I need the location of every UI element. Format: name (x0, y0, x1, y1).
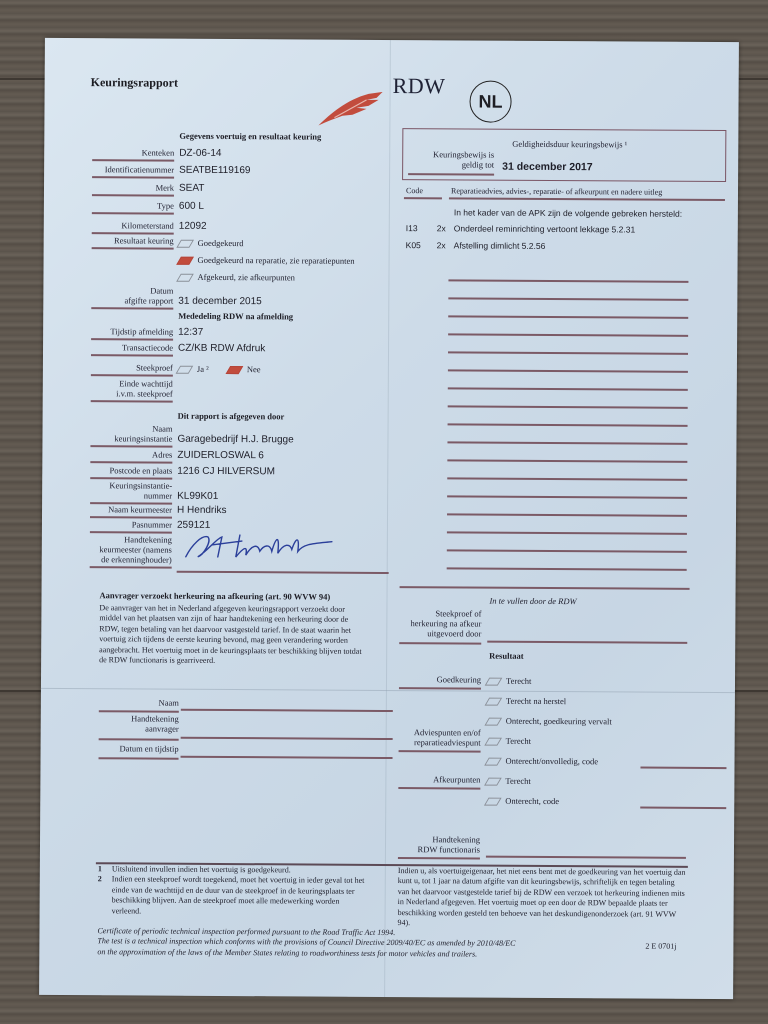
validity-title: Geldigheidsduur keuringsbewijs ¹ (512, 139, 627, 150)
checkbox-icon[interactable] (176, 274, 194, 282)
keuringsinstantie-nummer-label: Keuringsinstantie-nummer (90, 481, 172, 501)
label-line: uitgevoerd door (399, 629, 481, 639)
divider (91, 338, 173, 340)
divider (99, 710, 179, 712)
validity-date: 31 december 2017 (502, 161, 593, 174)
divider (91, 354, 173, 356)
resultaat-option[interactable]: Afgekeurd, zie afkeurpunten (178, 272, 295, 283)
repair-items-list (45, 38, 739, 42)
goedkeuring-label: Goedkeuring (399, 675, 481, 685)
repair-entry-line[interactable] (448, 369, 688, 372)
checkbox-icon[interactable] (176, 240, 194, 248)
divider (399, 687, 481, 689)
naam-input-line[interactable] (181, 709, 393, 712)
label-line: Resultaat keuring (92, 236, 174, 246)
merk-value: SEAT (179, 183, 204, 194)
label-line: afgifte rapport (91, 296, 173, 306)
label-line: Kilometerstand (92, 221, 174, 231)
transactiecode-label: Transactiecode (91, 343, 173, 353)
checkbox-checked-icon[interactable] (176, 257, 194, 265)
validity-label-line2: geldig tot (408, 160, 494, 170)
repair-entry-line[interactable] (448, 423, 688, 426)
divider (91, 400, 173, 402)
repair-entry-line[interactable] (448, 297, 688, 300)
repair-code: K05 (406, 240, 421, 250)
label-line: keuringsinstantie (90, 434, 172, 444)
adviespunten-label: Adviespunten en/ofreparatieadviespunt (399, 728, 481, 748)
option-label: Nee (247, 364, 261, 374)
repair-description-header: Reparatieadvies, advies-, reparatie- of … (451, 186, 662, 196)
footnote: 2Indien een steekproef wordt toegekend, … (98, 875, 368, 918)
transactiecode-value: CZ/KB RDW Afdruk (178, 343, 265, 355)
tijdstip-afmelding-label: Tijdstip afmelding (91, 327, 173, 337)
label-line: RDW functionaris (398, 845, 480, 855)
identificatienummer-value: SEATBE119169 (179, 165, 250, 176)
repair-entry-line[interactable] (447, 459, 687, 462)
steekproef-option[interactable]: Nee (228, 364, 261, 374)
label-line: Pasnummer (90, 520, 172, 530)
divider (399, 642, 481, 644)
label-line: aanvrager (99, 724, 179, 734)
owner-note: Indien u, als voertuigeigenaar, het niet… (397, 866, 687, 930)
option-label: Goedgekeurd (198, 238, 244, 248)
kenteken-value: DZ-06-14 (179, 148, 221, 159)
option-label: Terecht na herstel (506, 696, 566, 706)
inspector-signature (182, 527, 342, 568)
option-label: Onterecht/onvolledig, code (505, 756, 598, 767)
option-label: Onterecht, goedkeuring vervalt (506, 716, 612, 727)
kenteken-label: Kenteken (92, 148, 174, 158)
label-line: Postcode en plaats (90, 466, 172, 476)
afkeur-option[interactable]: Terecht (486, 776, 530, 786)
repair-entry-line[interactable] (447, 531, 687, 534)
afkeurpunten-label: Afkeurpunten (398, 775, 480, 785)
divider (400, 586, 690, 589)
naam-keurmeester-label: Naam keurmeester (90, 505, 172, 515)
repair-code: I13 (406, 223, 418, 233)
repair-blank-lines (45, 38, 739, 42)
resultaat-title: Resultaat (489, 651, 524, 661)
repair-entry-line[interactable] (448, 315, 688, 318)
divider (399, 750, 481, 752)
label-line: reparatieadviespunt (399, 738, 481, 748)
document-title: Keuringsrapport (91, 75, 178, 91)
postcode-plaats-label: Postcode en plaats (90, 466, 172, 476)
vehicle-data-fields (45, 38, 739, 42)
code-input-line[interactable] (640, 767, 726, 769)
resultaat-keuring-label: Resultaat keuring (92, 236, 174, 246)
divider (90, 566, 172, 568)
repair-entry-line[interactable] (447, 549, 687, 552)
resultaat-option[interactable]: Goedgekeurd na reparatie, zie reparatiep… (179, 255, 355, 266)
checkbox-icon[interactable] (485, 678, 503, 686)
label-line: Kenteken (92, 148, 174, 158)
label-line: Adres (90, 450, 172, 460)
herkeuring-naam-label: Naam (99, 698, 179, 708)
repair-entry-line[interactable] (448, 405, 688, 408)
advies-option[interactable]: Onterecht/onvolledig, code (486, 756, 598, 767)
label-line: Merk (92, 183, 174, 193)
divider (92, 232, 174, 234)
repair-entry-line[interactable] (447, 567, 687, 570)
repair-entry-line[interactable] (447, 441, 687, 444)
inspection-report-paper: Keuringsrapport RDW NL Gegevens voertuig… (39, 38, 739, 999)
option-label: Goedgekeurd na reparatie, zie reparatiep… (198, 255, 355, 266)
rdw-brand: RDW (393, 73, 446, 99)
label-line: Afkeurpunten (398, 775, 480, 785)
advies-option[interactable]: Terecht (487, 736, 531, 746)
kilometerstand-value: 12092 (179, 221, 207, 232)
handtekening-keurmeester-label: Handtekeningkeurmeester (namensde erkenn… (90, 535, 172, 565)
adres-value: ZUIDERLOSWAL 6 (177, 450, 264, 462)
divider (92, 176, 174, 178)
afgegeven-title: Dit rapport is afgegeven door (178, 411, 285, 422)
checkbox-icon[interactable] (485, 698, 503, 706)
repair-qty: 2x (437, 240, 446, 250)
naam-keurmeester-value: H Hendriks (177, 505, 227, 516)
nl-country-badge: NL (469, 80, 511, 122)
checkbox-icon[interactable] (484, 798, 502, 806)
code-header: Code (406, 186, 423, 195)
repair-description: Afstelling dimlicht 5.2.56 (454, 240, 546, 251)
type-label: Type (92, 201, 174, 211)
tijdstip-afmelding-value: 12:37 (178, 327, 203, 338)
option-label: Onterecht, code (505, 796, 559, 806)
label-line: Transactiecode (91, 343, 173, 353)
keuringsinstantie-nummer-value: KL99K01 (177, 491, 218, 502)
pasnummer-value: 259121 (177, 520, 210, 531)
pasnummer-label: Pasnummer (90, 520, 172, 530)
divider (398, 787, 480, 789)
divider (449, 197, 725, 200)
kilometerstand-label: Kilometerstand (92, 221, 174, 231)
option-label: Terecht (506, 736, 531, 746)
divider (91, 374, 173, 376)
footnote-number: 1 (98, 864, 112, 874)
merk-label: Merk (92, 183, 174, 193)
repair-entry-line[interactable] (448, 279, 688, 282)
handtekening-input-line[interactable] (181, 737, 393, 740)
footnote-text: Indien een steekproef wordt toegekend, m… (112, 875, 368, 918)
repair-entry-line[interactable] (447, 477, 687, 480)
label-line: nummer (90, 491, 172, 501)
option-label: Terecht (506, 676, 531, 686)
repairs-intro: In het kader van de APK zijn de volgende… (454, 207, 682, 218)
certificate-english-text: Certificate of periodic technical inspec… (97, 926, 697, 961)
footnote-number: 2 (98, 875, 112, 917)
footnotes: 1Uitsluitend invullen indien het voertui… (98, 864, 368, 918)
datum-input-line[interactable] (181, 756, 393, 759)
herkeuring-datum-label: Datum en tijdstip (99, 744, 179, 754)
signature-line[interactable] (177, 571, 389, 574)
checkbox-icon[interactable] (484, 778, 502, 786)
repair-entry-line[interactable] (448, 351, 688, 354)
option-label: Terecht (505, 776, 530, 786)
repair-entry-line[interactable] (447, 513, 687, 516)
herkeuring-handtekening-label: Handtekening aanvrager (99, 714, 179, 734)
divider (404, 197, 442, 199)
goedkeuring-option[interactable]: Onterecht, goedkeuring vervalt (487, 716, 612, 727)
code-input-line[interactable] (640, 807, 726, 809)
repair-entry-line[interactable] (448, 387, 688, 390)
divider (99, 757, 179, 759)
label-line: Identificatienummer (92, 165, 174, 175)
validity-label: Keuringsbewijs is geldig tot (408, 150, 494, 170)
paper-fold-horizontal (41, 688, 735, 693)
checkbox-icon[interactable] (484, 738, 502, 746)
repair-entry-line[interactable] (448, 333, 688, 336)
label-line: Naam keurmeester (90, 505, 172, 515)
label-line: de erkenninghouder) (90, 555, 172, 565)
checkbox-checked-icon[interactable] (226, 366, 244, 374)
label-line: i.v.m. steekproef (91, 389, 173, 399)
option-label: Afgekeurd, zie afkeurpunten (197, 272, 295, 283)
mededeling-title: Mededeling RDW na afmelding (178, 311, 293, 322)
herkeuring-title: Aanvrager verzoekt herkeuring na afkeuri… (99, 590, 330, 601)
paper-fold-vertical (384, 40, 391, 997)
label-line: Goedkeuring (399, 675, 481, 685)
divider (398, 857, 480, 859)
vehicle-section-title: Gegevens voertuig en resultaat keuring (179, 131, 321, 142)
goedkeuring-option[interactable]: Terecht na herstel (487, 696, 566, 707)
herkeuring-text: De aanvrager van het in Nederland afgege… (99, 603, 363, 667)
label-line: Tijdstip afmelding (91, 327, 173, 337)
label-line: Steekproef (91, 363, 173, 373)
checkbox-icon[interactable] (484, 718, 502, 726)
steekproef-uitgevoerd-label: Steekproef of herkeuring na afkeur uitge… (399, 609, 481, 639)
rdw-results (45, 38, 739, 42)
option-label: Ja ² (197, 364, 209, 374)
rdw-section-title: In te vullen door de RDW (489, 596, 576, 607)
naam-keuringsinstantie-value: Garagebedrijf H.J. Brugge (177, 434, 293, 446)
divider (90, 445, 172, 447)
repair-description: Onderdeel reminrichting vertoont lekkage… (454, 223, 636, 234)
repair-entry-line[interactable] (447, 495, 687, 498)
rdw-signature-line[interactable] (486, 856, 686, 859)
uitgevoerd-door-input-line[interactable] (487, 641, 687, 644)
adres-label: Adres (90, 450, 172, 460)
divider (90, 516, 172, 518)
label-line: Type (92, 201, 174, 211)
divider (99, 738, 179, 740)
rdw-feather-logo-icon (316, 88, 386, 128)
checkbox-icon[interactable] (484, 758, 502, 766)
divider (91, 307, 173, 309)
steekproef-option[interactable]: Ja ² (178, 364, 209, 374)
divider (90, 531, 172, 533)
naam-keuringsinstantie-label: Naamkeuringsinstantie (90, 424, 172, 444)
handtekening-rdw-label: HandtekeningRDW functionaris (398, 835, 480, 855)
type-value: 600 L (179, 201, 204, 212)
divider (92, 247, 174, 249)
goedkeuring-option[interactable]: Terecht (487, 676, 531, 686)
divider (90, 461, 172, 463)
checkbox-icon[interactable] (176, 366, 194, 374)
resultaat-option[interactable]: Goedgekeurd (179, 238, 244, 248)
datum-afgifte-label: Datumafgifte rapport (91, 286, 173, 306)
divider (92, 159, 174, 161)
afkeur-option[interactable]: Onterecht, code (486, 796, 559, 806)
divider (90, 477, 172, 479)
form-code: 2 E 0701j (645, 942, 676, 953)
divider (92, 194, 174, 196)
steekproef-label: Steekproef (91, 363, 173, 373)
repair-qty: 2x (437, 223, 446, 233)
identificatienummer-label: Identificatienummer (92, 165, 174, 175)
postcode-plaats-value: 1216 CJ HILVERSUM (177, 466, 275, 478)
datum-afgifte-value: 31 december 2015 (178, 296, 261, 308)
einde-wachttijd-label: Einde wachttijdi.v.m. steekproef (91, 379, 173, 399)
divider (92, 212, 174, 214)
